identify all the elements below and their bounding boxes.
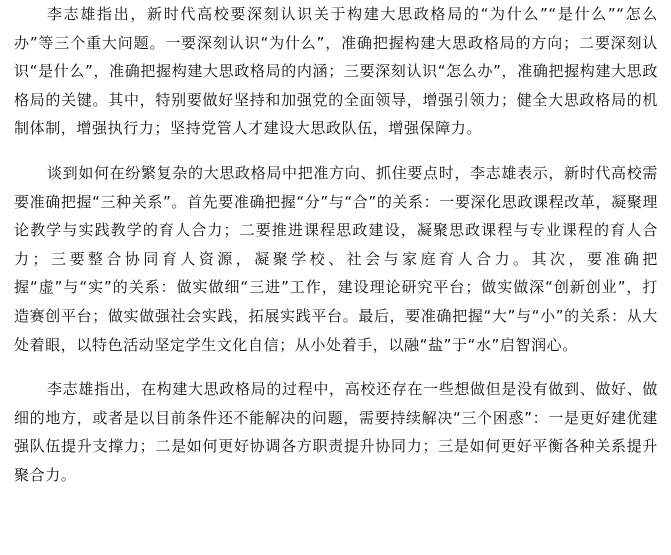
paragraph-three-relationships: 谈到如何在纷繁复杂的大思政格局中把准方向、抓住要点时，李志雄表示，新时代高校需要…: [14, 159, 658, 359]
article-body: 李志雄指出，新时代高校要深刻认识关于构建大思政格局的“为什么”“是什么”“怎么办…: [14, 0, 658, 506]
paragraph-three-questions: 李志雄指出，新时代高校要深刻认识关于构建大思政格局的“为什么”“是什么”“怎么办…: [14, 0, 658, 143]
paragraph-three-confusions: 李志雄指出，在构建大思政格局的过程中，高校还存在一些想做但是没有做到、做好、做细…: [14, 375, 658, 489]
